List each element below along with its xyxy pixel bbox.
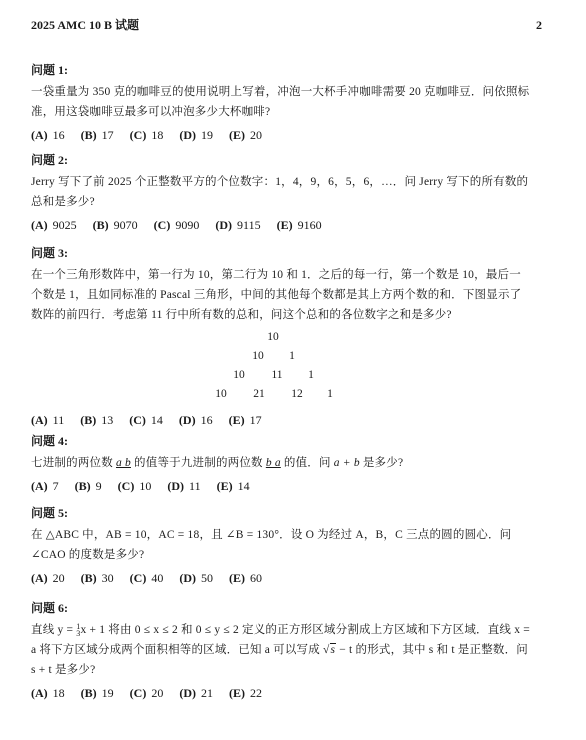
math-expression: a + b [334, 457, 360, 469]
problem-body: 七进制的两位数 a b 的值等于九进制的两位数 b a 的值．问 a + b 是… [31, 453, 531, 473]
choice-c: (C)18 [130, 128, 164, 142]
problem-body: 在 △ABC 中，AB = 10，AC = 18，且 ∠B = 130°．设 O… [31, 525, 531, 565]
choice-a: (A)11 [31, 413, 64, 427]
choice-e: (E)14 [217, 479, 250, 493]
choice-a: (A)9025 [31, 218, 77, 232]
choice-c: (C)20 [130, 686, 164, 700]
problem-title: 问题 6: [31, 600, 531, 616]
answer-choices: (A)7 (B)9 (C)10 (D)11 (E)14 [31, 477, 531, 495]
choice-d: (D)9115 [215, 218, 260, 232]
triangle-row-2: 10 1 [31, 350, 531, 368]
answer-choices: (A)20 (B)30 (C)40 (D)50 (E)60 [31, 569, 531, 587]
digits-ba: b a [266, 457, 281, 469]
problem-body: 在一个三角形数阵中，第一行为 10，第二行为 10 和 1．之后的每一行，第一个… [31, 265, 531, 325]
choice-c: (C)40 [130, 571, 164, 585]
page-number: 2 [536, 18, 542, 33]
choice-d: (D)16 [179, 413, 213, 427]
problem-1: 问题 1: 一袋重量为 350 克的咖啡豆的使用说明上写着，冲泡一大杯手冲咖啡需… [31, 62, 531, 144]
choice-b: (B)9 [75, 479, 102, 493]
document-title: 2025 AMC 10 B 试题 [31, 16, 139, 33]
choice-c: (C)9090 [154, 218, 200, 232]
problem-title: 问题 4: [31, 433, 531, 449]
choice-b: (B)19 [81, 686, 114, 700]
choice-a: (A)18 [31, 686, 65, 700]
problem-6: 问题 6: 直线 y = 13x + 1 将由 0 ≤ x ≤ 2 和 0 ≤ … [31, 600, 531, 702]
choice-a: (A)7 [31, 479, 59, 493]
problem-title: 问题 1: [31, 62, 531, 78]
choice-b: (B)9070 [93, 218, 138, 232]
choice-c: (C)10 [118, 479, 152, 493]
choice-b: (B)17 [81, 128, 114, 142]
problem-title: 问题 3: [31, 245, 531, 261]
problem-body: 直线 y = 13x + 1 将由 0 ≤ x ≤ 2 和 0 ≤ y ≤ 2 … [31, 620, 531, 680]
page-header: 2025 AMC 10 B 试题 2 [31, 16, 542, 33]
choice-e: (E)60 [229, 571, 262, 585]
problem-3: 问题 3: 在一个三角形数阵中，第一行为 10，第二行为 10 和 1．之后的每… [31, 245, 531, 429]
problem-title: 问题 5: [31, 505, 531, 521]
problem-body: 一袋重量为 350 克的咖啡豆的使用说明上写着，冲泡一大杯手冲咖啡需要 20 克… [31, 82, 531, 122]
choice-a: (A)16 [31, 128, 65, 142]
choice-d: (D)19 [179, 128, 213, 142]
digits-ab: a b [116, 457, 131, 469]
choice-e: (E)9160 [277, 218, 322, 232]
choice-a: (A)20 [31, 571, 65, 585]
choice-e: (E)22 [229, 686, 262, 700]
choice-c: (C)14 [129, 413, 163, 427]
problem-4: 问题 4: 七进制的两位数 a b 的值等于九进制的两位数 b a 的值．问 a… [31, 433, 531, 495]
answer-choices: (A)11 (B)13 (C)14 (D)16 (E)17 [31, 411, 531, 429]
problem-body: Jerry 写下了前 2025 个正整数平方的个位数字：1，4，9，6，5，6，… [31, 172, 531, 212]
triangle-row-4: 10 21 12 1 [31, 388, 531, 406]
choice-d: (D)11 [167, 479, 200, 493]
choice-b: (B)30 [81, 571, 114, 585]
answer-choices: (A)18 (B)19 (C)20 (D)21 (E)22 [31, 684, 531, 702]
problem-title: 问题 2: [31, 152, 531, 168]
choice-e: (E)20 [229, 128, 262, 142]
choice-d: (D)50 [179, 571, 213, 585]
choice-b: (B)13 [80, 413, 113, 427]
problem-2: 问题 2: Jerry 写下了前 2025 个正整数平方的个位数字：1，4，9，… [31, 152, 531, 234]
problem-5: 问题 5: 在 △ABC 中，AB = 10，AC = 18，且 ∠B = 13… [31, 505, 531, 587]
choice-e: (E)17 [229, 413, 262, 427]
triangle-row-3: 10 11 1 [31, 369, 531, 387]
number-triangle: 10 10 1 10 11 1 10 21 12 1 [31, 331, 531, 407]
answer-choices: (A)16 (B)17 (C)18 (D)19 (E)20 [31, 126, 531, 144]
answer-choices: (A)9025 (B)9070 (C)9090 (D)9115 (E)9160 [31, 216, 531, 234]
triangle-row-1: 10 [31, 331, 531, 349]
choice-d: (D)21 [179, 686, 213, 700]
